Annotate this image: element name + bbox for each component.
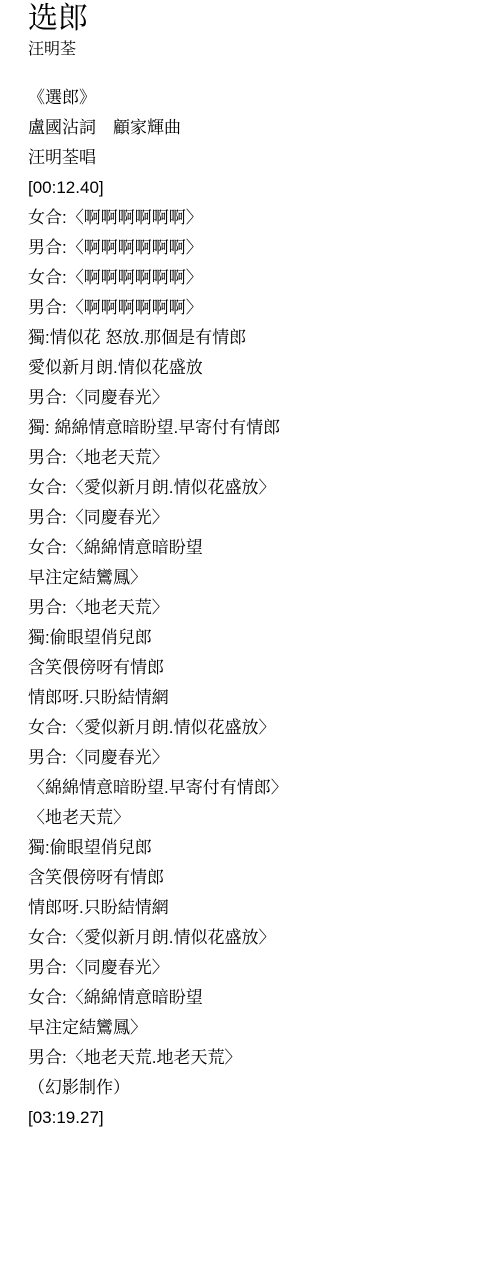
lyric-line: 早注定結鸞鳳〉: [28, 563, 490, 593]
lyric-line: 〈地老天荒〉: [28, 803, 490, 833]
lyric-line: 男合:〈同慶春光〉: [28, 503, 490, 533]
lyric-line: 獨:偷眼望俏兒郎: [28, 833, 490, 863]
lyric-line: 含笑偎傍呀有情郎: [28, 863, 490, 893]
lyric-line: [00:12.40]: [28, 173, 490, 203]
lyric-line: 獨:情似花 怒放.那個是有情郎: [28, 323, 490, 353]
lyric-line: 男合:〈地老天荒〉: [28, 443, 490, 473]
lyric-line: 女合:〈啊啊啊啊啊啊〉: [28, 203, 490, 233]
song-title: 选郎: [28, 0, 490, 38]
lyric-line: 女合:〈愛似新月朗.情似花盛放〉: [28, 713, 490, 743]
lyric-line: [03:19.27]: [28, 1103, 490, 1133]
lyrics-page: 选郎 汪明荃 《選郎》盧國沾詞 顧家輝曲汪明荃唱[00:12.40]女合:〈啊啊…: [0, 0, 500, 1133]
lyric-line: 早注定結鸞鳳〉: [28, 1013, 490, 1043]
lyric-line: 情郎呀.只盼結情網: [28, 893, 490, 923]
lyric-line: 情郎呀.只盼結情網: [28, 683, 490, 713]
lyric-line: 汪明荃唱: [28, 143, 490, 173]
lyric-line: 男合:〈地老天荒〉: [28, 593, 490, 623]
lyric-line: 男合:〈地老天荒.地老天荒〉: [28, 1043, 490, 1073]
lyric-line: 男合:〈同慶春光〉: [28, 953, 490, 983]
lyric-line: 獨:偷眼望俏兒郎: [28, 623, 490, 653]
lyric-line: 男合:〈啊啊啊啊啊啊〉: [28, 233, 490, 263]
lyric-line: 女合:〈啊啊啊啊啊啊〉: [28, 263, 490, 293]
lyric-line: 男合:〈同慶春光〉: [28, 383, 490, 413]
lyric-line: 愛似新月朗.情似花盛放: [28, 353, 490, 383]
lyric-line: 女合:〈綿綿情意暗盼望: [28, 533, 490, 563]
lyric-line: 《選郎》: [28, 83, 490, 113]
lyric-line: （幻影制作）: [28, 1073, 490, 1103]
lyric-line: 獨: 綿綿情意暗盼望.早寄付有情郎: [28, 413, 490, 443]
lyric-line: 盧國沾詞 顧家輝曲: [28, 113, 490, 143]
lyric-line: 〈綿綿情意暗盼望.早寄付有情郎〉: [28, 773, 490, 803]
lyric-line: 女合:〈愛似新月朗.情似花盛放〉: [28, 923, 490, 953]
artist-name: 汪明荃: [28, 38, 490, 62]
lyric-line: 男合:〈同慶春光〉: [28, 743, 490, 773]
lyric-line: 男合:〈啊啊啊啊啊啊〉: [28, 293, 490, 323]
lyric-line: 女合:〈愛似新月朗.情似花盛放〉: [28, 473, 490, 503]
lyric-line: 含笑偎傍呀有情郎: [28, 653, 490, 683]
lyrics-body: 《選郎》盧國沾詞 顧家輝曲汪明荃唱[00:12.40]女合:〈啊啊啊啊啊啊〉男合…: [28, 83, 490, 1133]
lyric-line: 女合:〈綿綿情意暗盼望: [28, 983, 490, 1013]
